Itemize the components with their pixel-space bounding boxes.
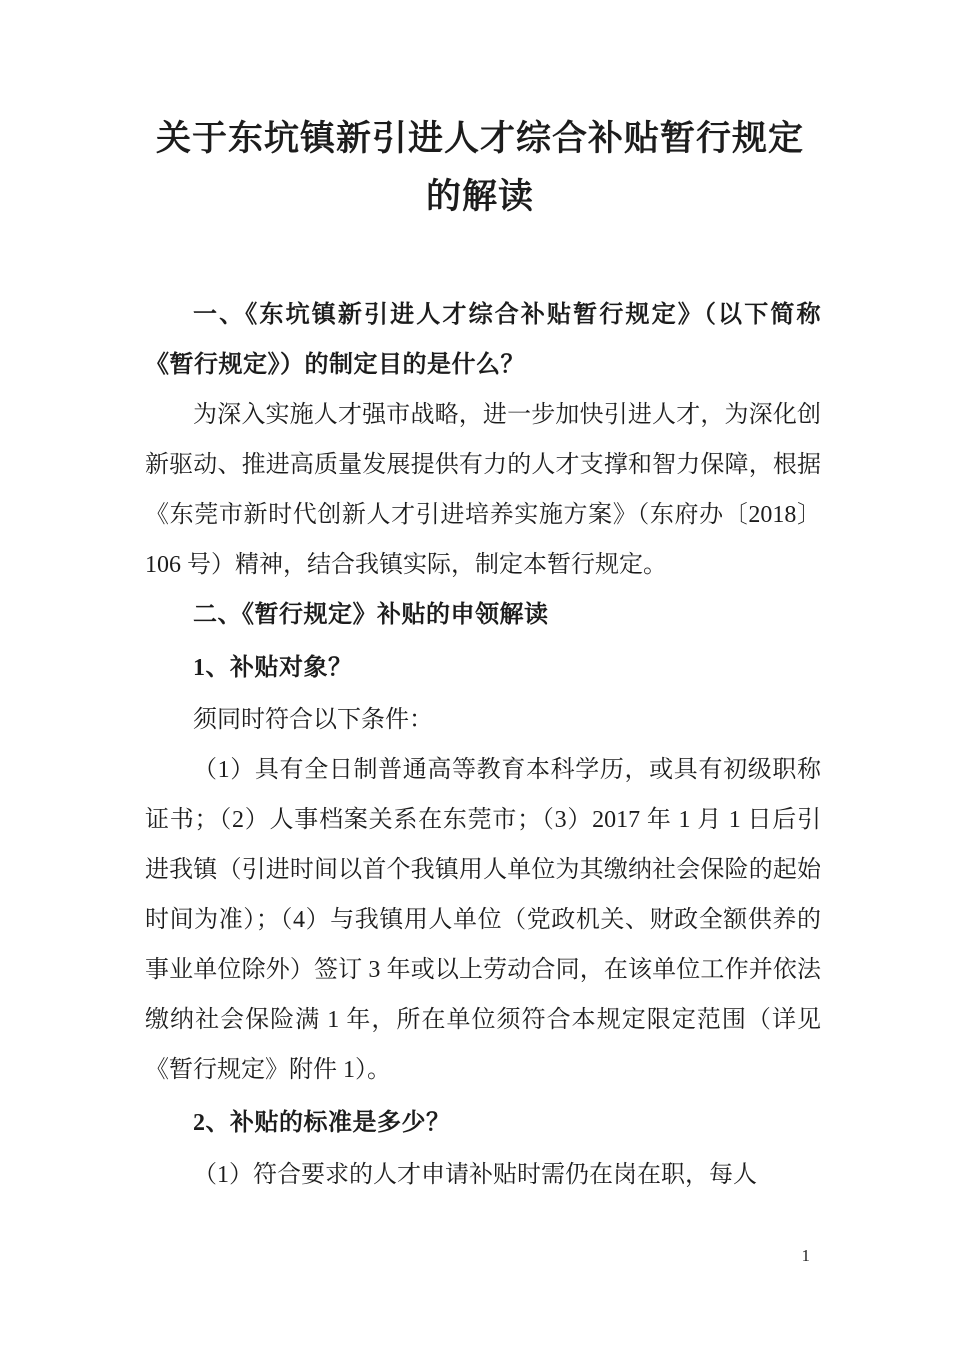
- section-1-paragraph: 为深入实施人才强市战略，进一步加快引进人才，为深化创新驱动、推进高质量发展提供有…: [145, 390, 821, 590]
- section-1-heading: 一、《东坑镇新引进人才综合补贴暂行规定》（以下简称《暂行规定》）的制定目的是什么…: [145, 290, 821, 390]
- document-title: 关于东坑镇新引进人才综合补贴暂行规定 的解读: [120, 110, 840, 226]
- question-1-conditions-paragraph: （1）具有全日制普通高等教育本科学历，或具有初级职称证书；（2）人事档案关系在东…: [145, 745, 821, 1095]
- section-2-heading: 二、《暂行规定》补贴的申领解读: [145, 590, 821, 640]
- page-number: 1: [802, 1246, 811, 1266]
- document-content: 一、《东坑镇新引进人才综合补贴暂行规定》（以下简称《暂行规定》）的制定目的是什么…: [145, 290, 821, 1200]
- document-page: 关于东坑镇新引进人才综合补贴暂行规定 的解读 一、《东坑镇新引进人才综合补贴暂行…: [0, 0, 960, 1357]
- question-2-subheading: 2、补贴的标准是多少？: [145, 1098, 821, 1148]
- document-title-line-2: 的解读: [120, 168, 840, 226]
- document-title-line-1: 关于东坑镇新引进人才综合补贴暂行规定: [120, 110, 840, 168]
- question-1-subheading: 1、补贴对象？: [145, 643, 821, 693]
- question-1-intro-paragraph: 须同时符合以下条件：: [145, 695, 821, 745]
- question-2-paragraph: （1）符合要求的人才申请补贴时需仍在岗在职，每人: [145, 1150, 821, 1200]
